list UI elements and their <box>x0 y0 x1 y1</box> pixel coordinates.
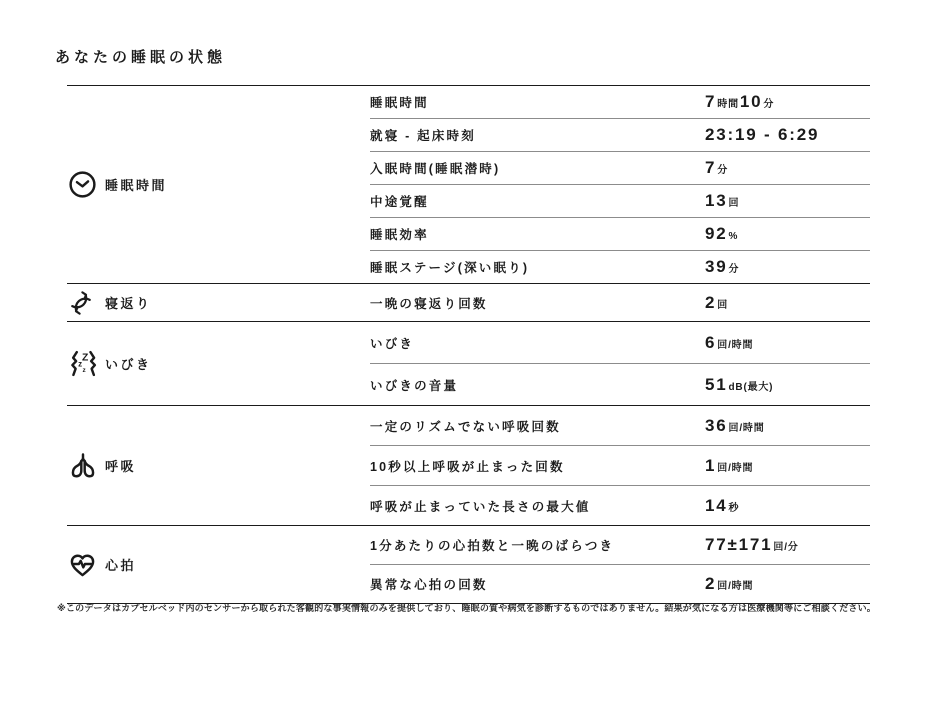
table-section: 寝返り一晩の寝返り回数2回 <box>67 283 870 321</box>
lungs-icon <box>67 450 105 481</box>
metric-value: 23:19 - 6:29 <box>705 125 870 145</box>
metric-label: 睡眠ステージ(深い眠り) <box>370 258 705 276</box>
value-num: 77±171 <box>705 535 772 555</box>
table-section: 心拍1分あたりの心拍数と一晩のばらつき77±171回/分異常な心拍の回数2回/時… <box>67 525 870 604</box>
metric-value: 6回/時間 <box>705 333 870 353</box>
value-unit: 分 <box>728 260 741 275</box>
metric-value: 92% <box>705 224 870 244</box>
metric-label: いびき <box>370 334 705 352</box>
category-cell: 睡眠時間 <box>67 86 370 283</box>
section-rows: いびき6回/時間いびきの音量51dB(最大) <box>370 322 870 405</box>
value-num: 6 <box>705 333 716 353</box>
category-label: 心拍 <box>105 555 136 574</box>
heart-icon <box>67 549 105 580</box>
section-rows: 一晩の寝返り回数2回 <box>370 284 870 321</box>
category-label: 呼吸 <box>105 456 136 475</box>
value-unit: 回/時間 <box>716 459 754 474</box>
metric-label: いびきの音量 <box>370 376 705 394</box>
svg-text:Z: Z <box>82 352 89 363</box>
metric-value: 2回/時間 <box>705 574 870 594</box>
value-num: 92 <box>705 224 728 244</box>
metric-label: 睡眠時間 <box>370 93 705 111</box>
table-row: 1分あたりの心拍数と一晩のばらつき77±171回/分 <box>370 526 870 564</box>
value-unit: 回/時間 <box>716 577 754 592</box>
value-unit: 回 <box>728 194 741 209</box>
metric-label: 一晩の寝返り回数 <box>370 294 705 312</box>
value-unit: 分 <box>716 161 729 176</box>
value-num: 7 <box>705 92 716 112</box>
metric-value: 7時間10分 <box>705 92 870 112</box>
value-unit: 回 <box>716 296 729 311</box>
value-unit: 秒 <box>728 499 741 514</box>
table-row: いびきの音量51dB(最大) <box>370 363 870 405</box>
metric-label: 就寝 - 起床時刻 <box>370 126 705 144</box>
section-rows: 一定のリズムでない呼吸回数36回/時間10秒以上呼吸が止まった回数1回/時間呼吸… <box>370 406 870 525</box>
category-label: いびき <box>105 354 152 373</box>
value-unit: 分 <box>762 95 775 110</box>
metric-value: 14秒 <box>705 496 870 516</box>
value-unit: % <box>728 231 740 242</box>
value-num: 39 <box>705 257 728 277</box>
table-row: 一晩の寝返り回数2回 <box>370 284 870 321</box>
table-row: 就寝 - 起床時刻23:19 - 6:29 <box>370 118 870 151</box>
table-section: 呼吸一定のリズムでない呼吸回数36回/時間10秒以上呼吸が止まった回数1回/時間… <box>67 405 870 525</box>
category-cell: Zzzいびき <box>67 322 370 405</box>
value-num: 7 <box>705 158 716 178</box>
table-row: 異常な心拍の回数2回/時間 <box>370 564 870 603</box>
metric-label: 睡眠効率 <box>370 225 705 243</box>
value-num: 13 <box>705 191 728 211</box>
table-row: 10秒以上呼吸が止まった回数1回/時間 <box>370 445 870 485</box>
metric-label: 入眠時間(睡眠潜時) <box>370 159 705 177</box>
table-row: 睡眠効率92% <box>370 217 870 250</box>
metric-value: 13回 <box>705 191 870 211</box>
value-num: 2 <box>705 293 716 313</box>
metric-value: 2回 <box>705 293 870 313</box>
metric-value: 39分 <box>705 257 870 277</box>
value-unit: 回/分 <box>772 538 799 553</box>
value-num: 2 <box>705 574 716 594</box>
refresh-icon <box>67 289 105 317</box>
page-title: あなたの睡眠の状態 <box>55 46 226 67</box>
value-num: 14 <box>705 496 728 516</box>
disclaimer-text: ※このデータはカプセルベッド内のセンサーから取られた客観的な事実情報のみを提供し… <box>57 601 887 614</box>
metric-value: 36回/時間 <box>705 416 870 436</box>
value-num: 1 <box>705 456 716 476</box>
metric-value: 1回/時間 <box>705 456 870 476</box>
snore-icon: Zzz <box>67 348 105 379</box>
value-unit: 時間 <box>716 95 740 110</box>
metric-value: 77±171回/分 <box>705 535 870 555</box>
category-cell: 寝返り <box>67 284 370 321</box>
value-unit: 回/時間 <box>728 419 766 434</box>
table-row: いびき6回/時間 <box>370 322 870 363</box>
table-row: 睡眠ステージ(深い眠り)39分 <box>370 250 870 283</box>
table-row: 中途覚醒13回 <box>370 184 870 217</box>
category-label: 寝返り <box>105 293 152 312</box>
table-section: Zzzいびきいびき6回/時間いびきの音量51dB(最大) <box>67 321 870 405</box>
svg-text:z: z <box>82 367 85 374</box>
value-num: 36 <box>705 416 728 436</box>
value-num: 51 <box>705 375 728 395</box>
metric-label: 一定のリズムでない呼吸回数 <box>370 417 705 435</box>
value-unit: 回/時間 <box>716 336 754 351</box>
clock-icon <box>67 169 105 200</box>
metric-label: 1分あたりの心拍数と一晩のばらつき <box>370 536 705 554</box>
value-num: 23:19 - 6:29 <box>705 125 819 145</box>
metric-label: 呼吸が止まっていた長さの最大値 <box>370 497 705 515</box>
table-row: 睡眠時間7時間10分 <box>370 86 870 118</box>
table-row: 呼吸が止まっていた長さの最大値14秒 <box>370 485 870 525</box>
section-rows: 睡眠時間7時間10分就寝 - 起床時刻23:19 - 6:29入眠時間(睡眠潜時… <box>370 86 870 283</box>
value-num: 10 <box>740 92 763 112</box>
metric-value: 51dB(最大) <box>705 375 870 395</box>
metric-value: 7分 <box>705 158 870 178</box>
category-cell: 心拍 <box>67 526 370 603</box>
table-row: 入眠時間(睡眠潜時)7分 <box>370 151 870 184</box>
category-label: 睡眠時間 <box>105 175 167 194</box>
category-cell: 呼吸 <box>67 406 370 525</box>
sleep-status-table: 睡眠時間睡眠時間7時間10分就寝 - 起床時刻23:19 - 6:29入眠時間(… <box>67 85 870 604</box>
table-section: 睡眠時間睡眠時間7時間10分就寝 - 起床時刻23:19 - 6:29入眠時間(… <box>67 85 870 283</box>
metric-label: 異常な心拍の回数 <box>370 575 705 593</box>
metric-label: 中途覚醒 <box>370 192 705 210</box>
table-row: 一定のリズムでない呼吸回数36回/時間 <box>370 406 870 445</box>
value-unit: dB(最大) <box>728 378 775 393</box>
section-rows: 1分あたりの心拍数と一晩のばらつき77±171回/分異常な心拍の回数2回/時間 <box>370 526 870 603</box>
metric-label: 10秒以上呼吸が止まった回数 <box>370 457 705 475</box>
